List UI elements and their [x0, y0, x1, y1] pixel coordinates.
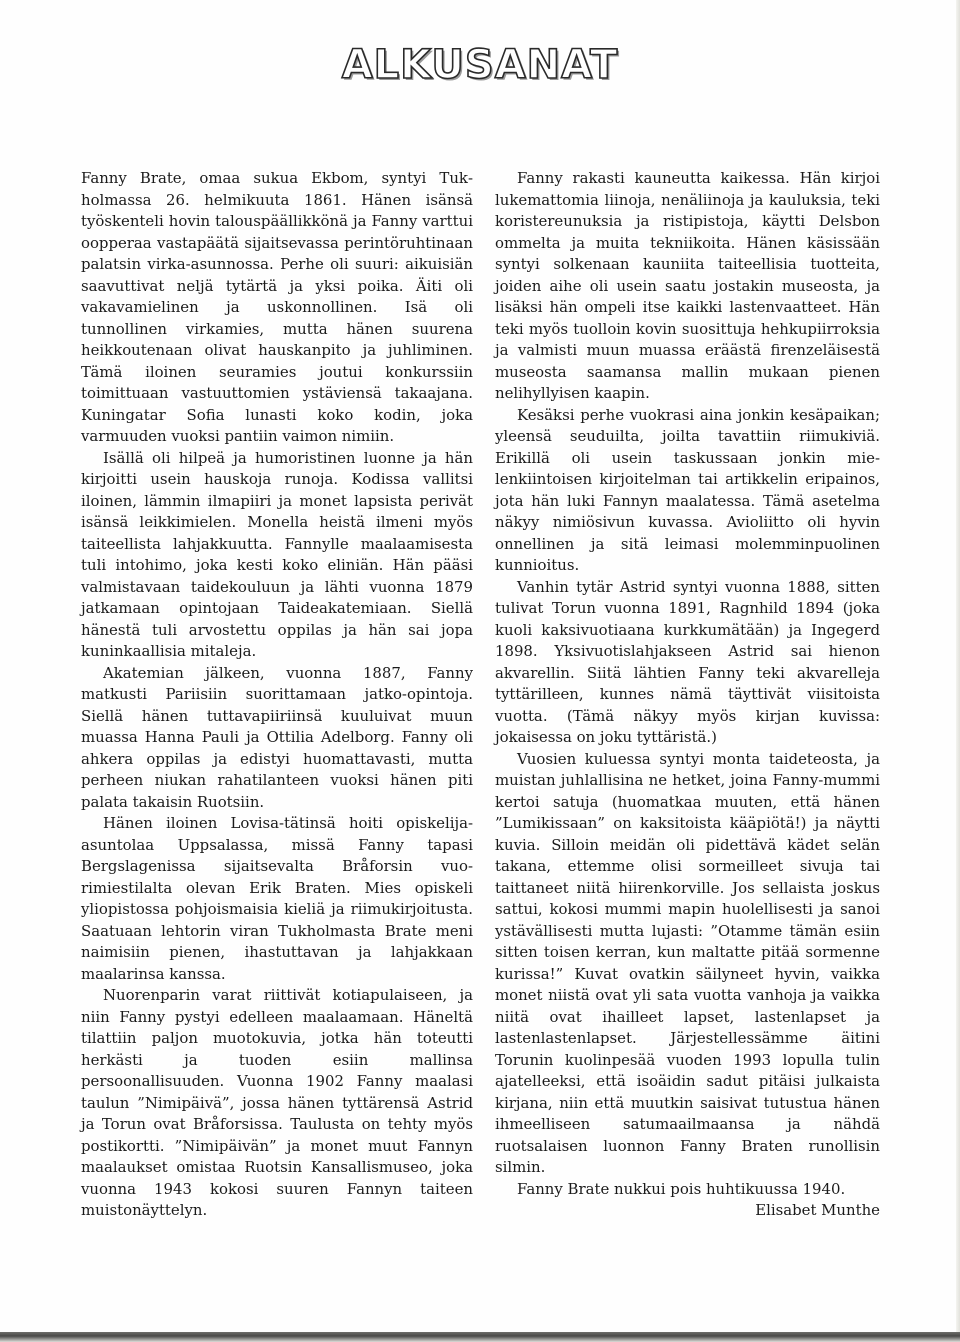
paragraph: Fanny Brate nukkui pois huhtikuussa 1940…	[495, 1179, 880, 1201]
paragraph: Fanny Brate, omaa sukua Ekbom, syntyi Tu…	[81, 168, 473, 448]
paragraph: Isällä oli hilpeä ja humoristinen luonne…	[81, 448, 473, 663]
paragraph: Hänen iloinen Lovisa-tätinsä hoiti opis­…	[81, 813, 473, 985]
scan-edge-right	[956, 0, 960, 1342]
paragraph: Kesäksi perhe vuokrasi aina jonkin kesäp…	[495, 405, 880, 577]
paragraph: Vanhin tytär Astrid syntyi vuonna 1888, …	[495, 577, 880, 749]
book-page: ALKUSANAT Fanny Brate, omaa sukua Ekbom,…	[0, 0, 960, 1342]
paragraph: Nuorenparin varat riittivät kotiapulaise…	[81, 985, 473, 1222]
paragraph: Vuosien kuluessa syntyi monta taideteost…	[495, 749, 880, 1179]
left-column: Fanny Brate, omaa sukua Ekbom, syntyi Tu…	[81, 168, 473, 1222]
paragraph: Akatemian jälkeen, vuonna 1887, Fanny ma…	[81, 663, 473, 814]
paragraph: Fanny rakasti kauneutta kaikessa. Hän ki…	[495, 168, 880, 405]
right-column: Fanny rakasti kauneutta kaikessa. Hän ki…	[495, 168, 880, 1222]
page-title: ALKUSANAT	[0, 42, 960, 88]
scan-edge-bottom	[0, 1332, 960, 1342]
author-signature: Elisabet Munthe	[495, 1200, 880, 1222]
